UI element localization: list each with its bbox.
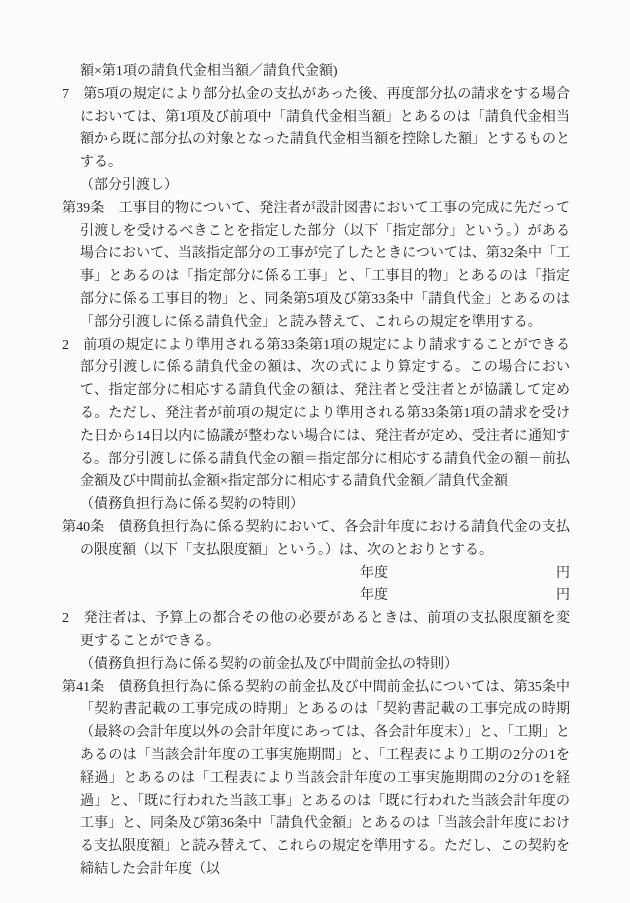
clause-paragraph: 7 第5項の規定により部分払金の支払があった後、再度部分払の請求をする場合におい… <box>62 84 570 175</box>
amount-unit: 円 <box>556 585 570 608</box>
amount-unit: 円 <box>556 563 570 586</box>
amount-label: 年度 <box>360 563 388 586</box>
section-heading: （債務負担行為に係る契約の前金払及び中間前金払の特則） <box>62 654 570 677</box>
amount-row: 年度円 <box>62 563 570 586</box>
section-heading: （部分引渡し） <box>62 175 570 198</box>
section-heading: （債務負担行為に係る契約の特則） <box>62 494 570 517</box>
clause-paragraph: 2 前項の規定により準用される第33条第1項の規定により請求することができる部分… <box>62 335 570 495</box>
amount-label: 年度 <box>360 585 388 608</box>
continuation-text: 額×第1項の請負代金相当額／請負代金額) <box>62 61 570 84</box>
document-page: 額×第1項の請負代金相当額／請負代金額)7 第5項の規定により部分払金の支払があ… <box>0 0 630 903</box>
clause-paragraph: 2 発注者は、予算上の都合その他の必要があるときは、前項の支払限度額を変更するこ… <box>62 608 570 654</box>
clause-paragraph: 第39条 工事目的物について、発注者が設計図書において工事の完成に先だって引渡し… <box>62 198 570 335</box>
amount-row: 年度円 <box>62 585 570 608</box>
document-body: 額×第1項の請負代金相当額／請負代金額)7 第5項の規定により部分払金の支払があ… <box>62 61 570 882</box>
clause-paragraph: 第40条 債務負担行為に係る契約において、各会計年度における請負代金の支払の限度… <box>62 517 570 563</box>
clause-paragraph: 第41条 債務負担行為に係る契約の前金払及び中間前金払については、第35条中「契… <box>62 677 570 882</box>
